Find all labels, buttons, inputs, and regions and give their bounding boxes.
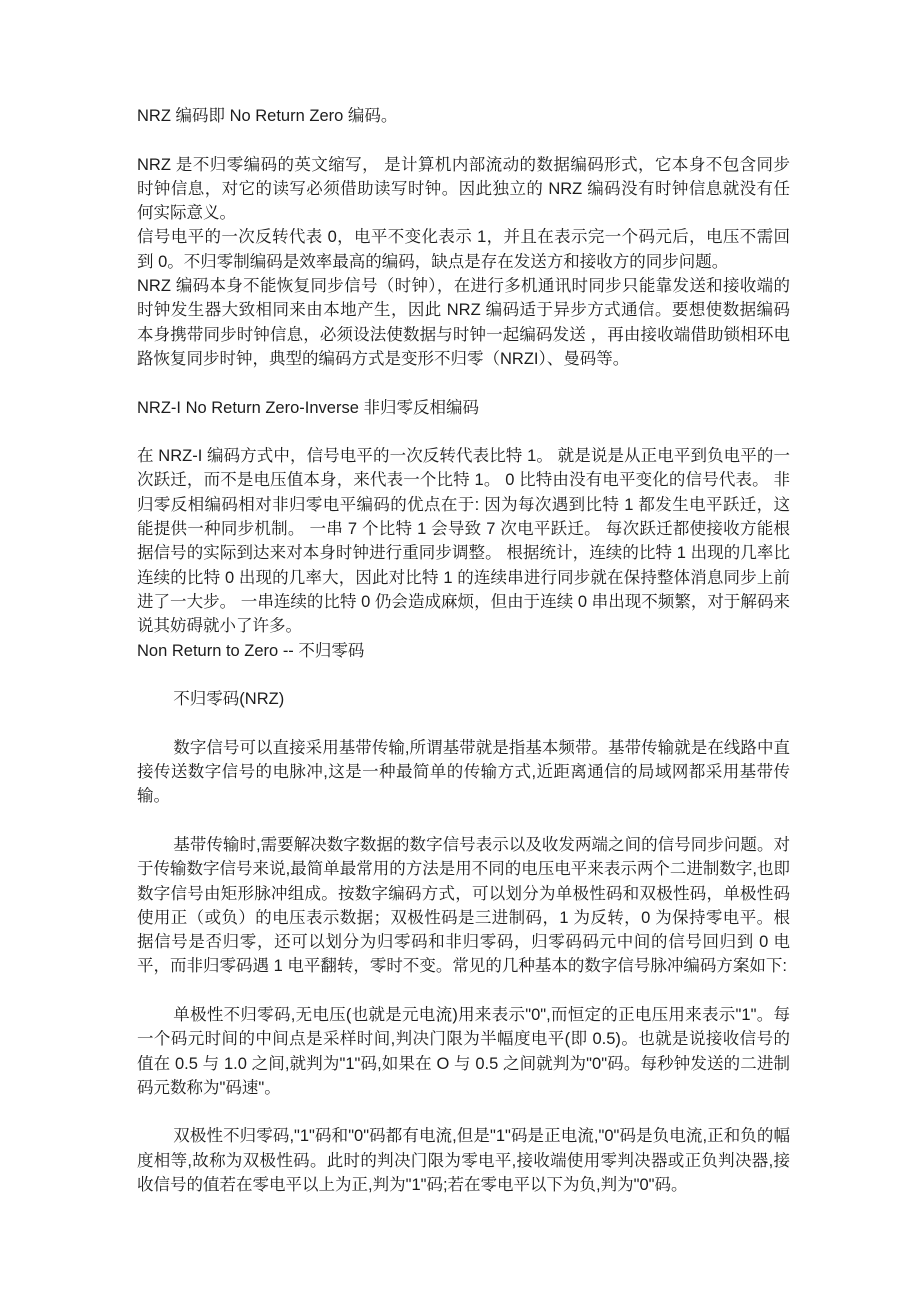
blank-line — [137, 128, 790, 152]
paragraph: NRZ 编码本身不能恢复同步信号（时钟），在进行多机通讯时同步只能靠发送和接收端… — [137, 274, 790, 371]
blank-line — [137, 809, 790, 833]
paragraph: 双极性不归零码,"1"码和"0"码都有电流,但是"1"码是正电流,"0"码是负电… — [137, 1124, 790, 1197]
blank-line — [137, 979, 790, 1003]
paragraph: NRZ 编码即 No Return Zero 编码。 — [137, 104, 790, 128]
paragraph: 信号电平的一次反转代表 0，电平不变化表示 1，并且在表示完一个码元后，电压不需… — [137, 225, 790, 274]
paragraph: NRZ-I No Return Zero-Inverse 非归零反相编码 — [137, 396, 790, 420]
paragraph: 基带传输时,需要解决数字数据的数字信号表示以及收发两端之间的信号同步问题。对于传… — [137, 833, 790, 979]
document-content: NRZ 编码即 No Return Zero 编码。NRZ 是不归零编码的英文缩… — [0, 0, 920, 1197]
paragraph: 数字信号可以直接采用基带传输,所谓基带就是指基本频带。基带传输就是在线路中直接传… — [137, 736, 790, 809]
blank-line — [137, 371, 790, 395]
paragraph: 在 NRZ-I 编码方式中，信号电平的一次反转代表比特 1。 就是说是从正电平到… — [137, 444, 790, 638]
paragraph: Non Return to Zero -- 不归零码 — [137, 639, 790, 663]
blank-line — [137, 1100, 790, 1124]
paragraph: 单极性不归零码,无电压(也就是元电流)用来表示"0",而恒定的正电压用来表示"1… — [137, 1003, 790, 1100]
blank-line — [137, 420, 790, 444]
document-page: NRZ 编码即 No Return Zero 编码。NRZ 是不归零编码的英文缩… — [0, 0, 920, 1302]
paragraph: 不归零码(NRZ) — [137, 687, 790, 711]
blank-line — [137, 711, 790, 735]
paragraph: NRZ 是不归零编码的英文缩写， 是计算机内部流动的数据编码形式，它本身不包含同… — [137, 153, 790, 226]
blank-line — [137, 663, 790, 687]
